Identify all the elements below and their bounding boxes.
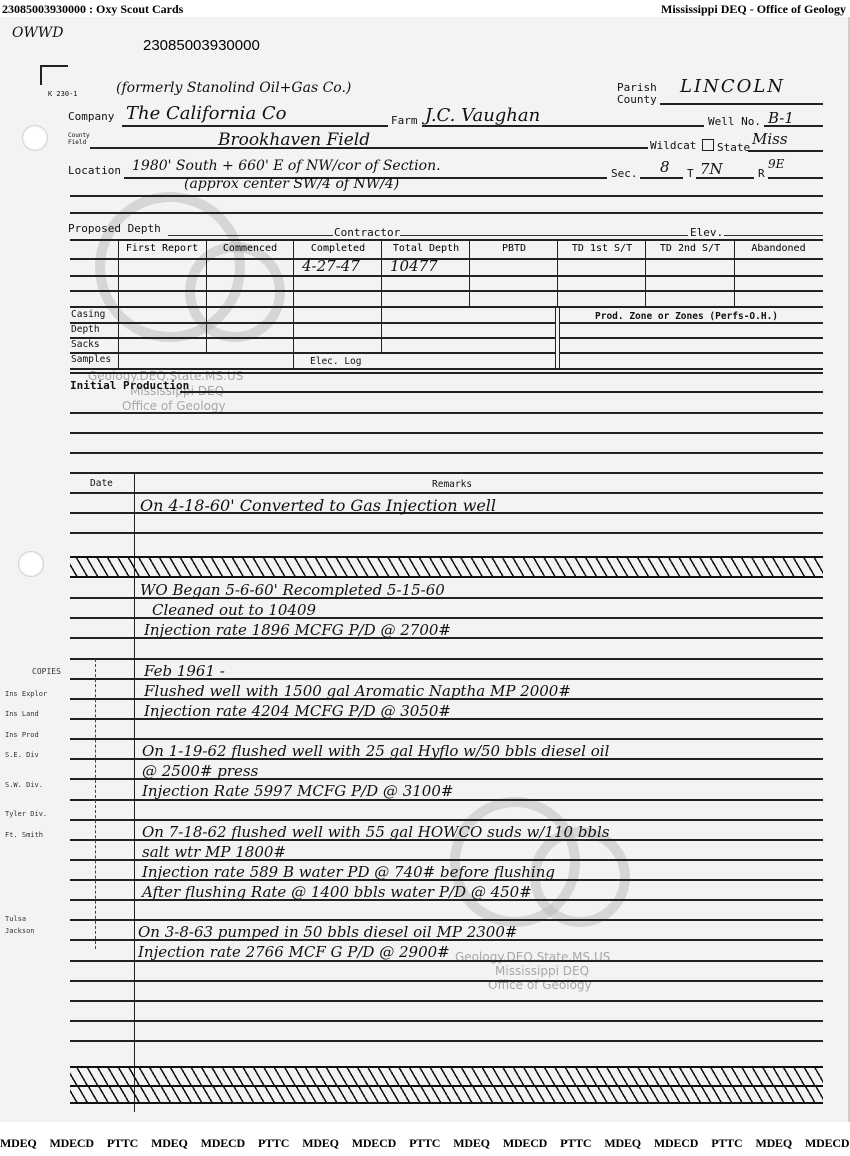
header-source: Mississippi DEQ - Office of Geology [661, 2, 846, 17]
col-abandoned: Abandoned [734, 243, 823, 254]
punch-hole-icon [22, 125, 48, 151]
well-no-label: Well No. [708, 115, 761, 128]
form-number: K 230-1 [48, 90, 78, 98]
page-footer: MDEQMDECDPTTCMDEQMDECDPTTCMDEQMDECDPTTCM… [0, 1136, 850, 1156]
copies-panel: COPIES Ins Explor Ins Land Ins Prod S.E.… [0, 659, 96, 959]
remark-line: On 3-8-63 pumped in 50 bbls diesel oil M… [138, 923, 517, 941]
elec-log-label: Elec. Log [310, 356, 361, 367]
contractor-label: Contractor [334, 226, 400, 239]
hatch-divider [70, 1066, 823, 1087]
date-column-header: Date [90, 478, 113, 489]
remark-line: Injection rate 589 B water PD @ 740# bef… [142, 863, 555, 881]
col-commenced: Commenced [206, 243, 294, 254]
copies-item: Jackson [5, 927, 35, 935]
initial-production-label: Initial Production [70, 379, 189, 392]
remark-line: Feb 1961 - [144, 662, 225, 680]
corner-mark-icon [40, 65, 68, 85]
casing-label: Casing [71, 309, 105, 320]
copies-item: Ins Land [5, 710, 39, 718]
header-title: 23085003930000 : Oxy Scout Cards [2, 2, 183, 17]
watermark-text: Mississippi DEQ [495, 964, 589, 978]
samples-label: Samples [71, 354, 111, 365]
location-label: Location [68, 164, 121, 177]
range-value: 9E [768, 157, 784, 171]
copies-item: Tulsa [5, 915, 26, 923]
wildcat-checkbox[interactable] [702, 139, 714, 151]
api-number: 23085003930000 [143, 37, 260, 54]
copies-item: Tyler Div. [5, 810, 47, 818]
remark-line: On 7-18-62 flushed well with 55 gal HOWC… [142, 823, 610, 841]
sec-value: 8 [660, 158, 670, 176]
proposed-depth-label: Proposed Depth [68, 222, 161, 235]
township-value: 7N [700, 160, 723, 178]
remark-line: Injection Rate 5997 MCFG P/D @ 3100# [142, 782, 453, 800]
location-line2: (approx center SW/4 of NW/4) [184, 176, 399, 192]
col-td-2nd-st: TD 2nd S/T [646, 243, 734, 254]
formerly-note: (formerly Stanolind Oil+Gas Co.) [116, 80, 351, 96]
remark-line: Injection rate 2766 MCF G P/D @ 2900# [138, 943, 450, 961]
copies-item: S.W. Div. [5, 781, 43, 789]
sec-label: Sec. [611, 167, 638, 180]
col-first-report: First Report [118, 243, 206, 254]
remarks-column-header: Remarks [432, 479, 472, 490]
company-value: The California Co [126, 103, 287, 124]
punch-hole-icon [18, 551, 44, 577]
location-line1: 1980' South + 660' E of NW/cor of Sectio… [132, 158, 441, 174]
remark-line: salt wtr MP 1800# [142, 843, 286, 861]
remark-line: Flushed well with 1500 gal Aromatic Napt… [144, 682, 571, 700]
copies-item: S.E. Div [5, 751, 39, 759]
prod-zone-label: Prod. Zone or Zones (Perfs-O.H.) [595, 311, 778, 322]
remark-line: Injection rate 4204 MCFG P/D @ 3050# [144, 702, 451, 720]
col-completed: Completed [294, 243, 382, 254]
col-pbtd: PBTD [470, 243, 558, 254]
state-value: Miss [752, 130, 788, 148]
scout-card: Geology.DEQ.State.MS.US Mississippi DEQ … [0, 17, 850, 1122]
copies-item: Ft. Smith [5, 831, 43, 839]
copies-item: Ins Prod [5, 731, 39, 739]
watermark-text: Office of Geology [122, 399, 226, 413]
hatch-divider [70, 556, 823, 578]
total-depth-value: 10477 [390, 257, 438, 275]
parish-county-label: ParishCounty [617, 82, 657, 106]
company-label: Company [68, 110, 114, 123]
remark-line: WO Began 5-6-60' Recompleted 5-15-60 [140, 581, 445, 599]
remark-line: @ 2500# press [142, 762, 258, 780]
hatch-divider [70, 1085, 823, 1104]
elev-label: Elev. [690, 226, 723, 239]
county-value: LINCOLN [680, 76, 785, 97]
sacks-label: Sacks [71, 339, 100, 350]
copies-title: COPIES [32, 667, 61, 676]
remark-line: Cleaned out to 10409 [152, 601, 316, 619]
remark-line: After flushing Rate @ 1400 bbls water P/… [142, 883, 532, 901]
remark-line: On 1-19-62 flushed well with 25 gal Hyfl… [142, 742, 609, 760]
field-label: CountyField [68, 132, 90, 146]
wildcat-label: Wildcat [650, 139, 696, 152]
farm-value: J.C. Vaughan [425, 105, 540, 126]
state-label: State [717, 141, 750, 154]
township-label: T [687, 167, 694, 180]
completed-value: 4-27-47 [302, 257, 360, 275]
remark-line: Injection rate 1896 MCFG P/D @ 2700# [144, 621, 451, 639]
remark-line: On 4-18-60' Converted to Gas Injection w… [140, 496, 496, 515]
col-td-1st-st: TD 1st S/T [558, 243, 646, 254]
depth-label: Depth [71, 324, 100, 335]
range-label: R [758, 167, 765, 180]
col-total-depth: Total Depth [382, 243, 470, 254]
watermark-logo-icon [185, 242, 285, 342]
page-header: 23085003930000 : Oxy Scout Cards Mississ… [0, 0, 850, 17]
farm-label: Farm [391, 114, 418, 127]
corner-note: OWWD [12, 25, 63, 41]
copies-item: Ins Explor [5, 690, 47, 698]
